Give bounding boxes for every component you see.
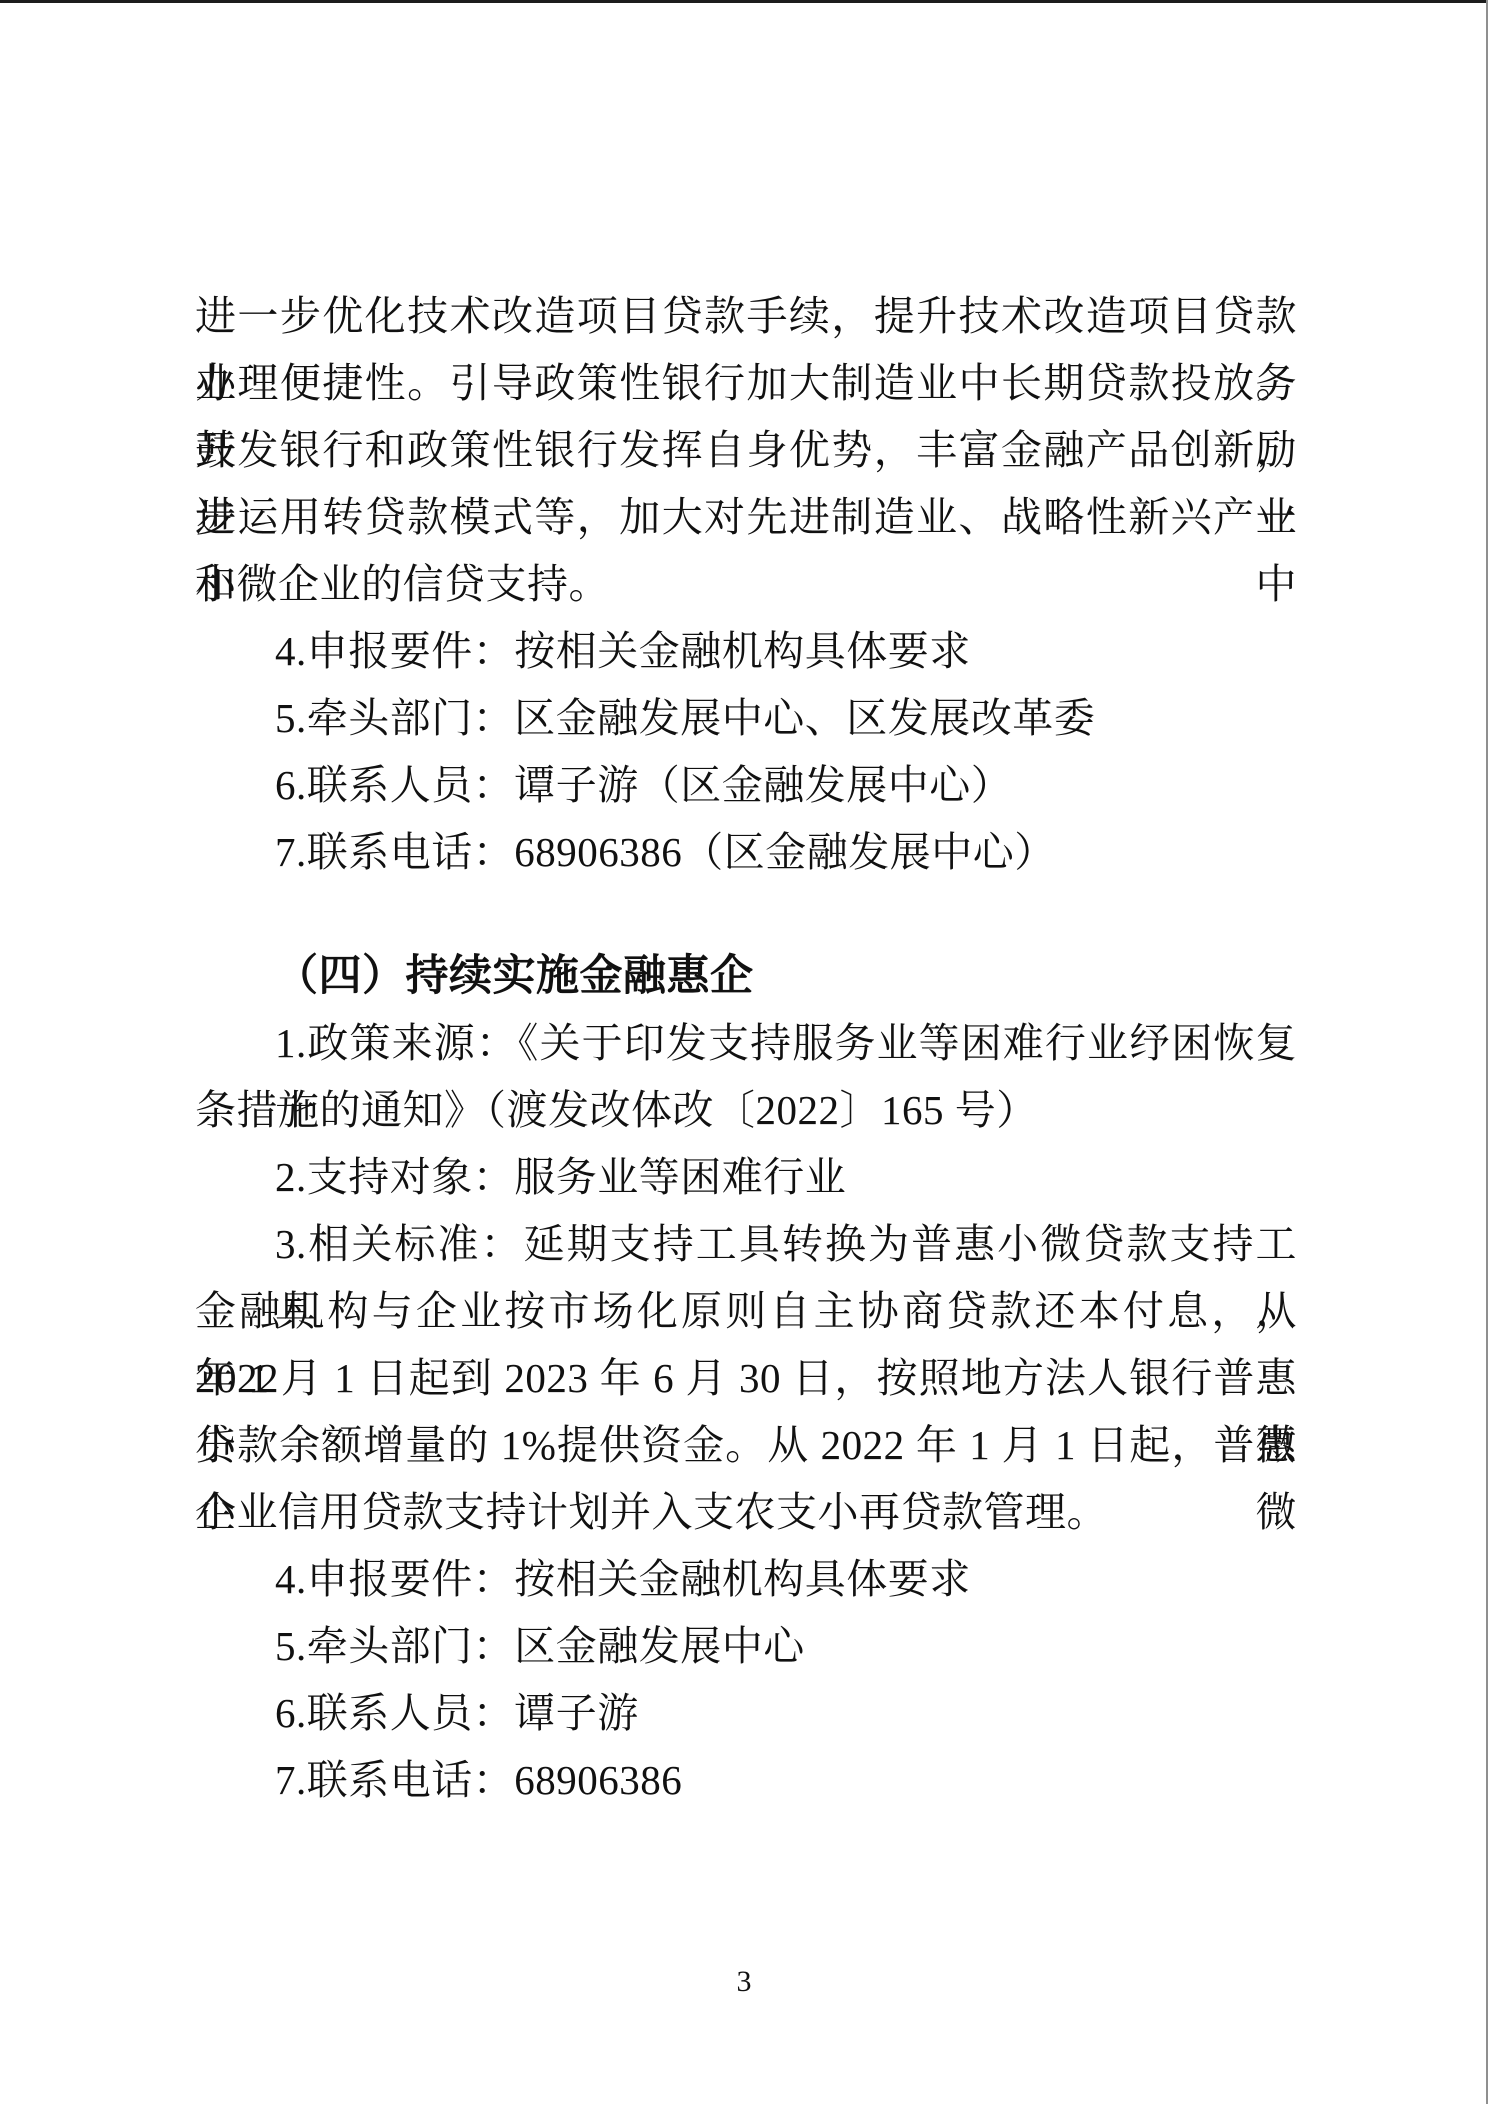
document-line: 进一步优化技术改造项目贷款手续，提升技术改造项目贷款业务 bbox=[195, 283, 1297, 350]
list-item-lead-department: 5.牵头部门：区金融发展中心 bbox=[195, 1613, 1297, 1680]
list-item-contact-person: 6.联系人员：谭子游 bbox=[195, 1680, 1297, 1747]
list-item-application-requirements: 4.申报要件：按相关金融机构具体要求 bbox=[195, 618, 1297, 685]
window-top-edge bbox=[0, 0, 1488, 3]
list-item-lead-department: 5.牵头部门：区金融发展中心、区发展改革委 bbox=[195, 685, 1297, 752]
section-heading: （四）持续实施金融惠企 bbox=[195, 943, 1297, 1010]
list-item-policy-source: 1.政策来源：《关于印发支持服务业等困难行业纾困恢复十 bbox=[195, 1010, 1297, 1077]
document-line: 条措施的通知》（渡发改体改〔2022〕165 号） bbox=[195, 1077, 1297, 1144]
page-number: 3 bbox=[0, 1960, 1488, 2004]
document-line: 办理便捷性。引导政策性银行加大制造业中长期贷款投放。鼓励 bbox=[195, 350, 1297, 417]
list-item-support-target: 2.支持对象：服务业等困难行业 bbox=[195, 1144, 1297, 1211]
list-item-contact-phone: 7.联系电话：68906386 bbox=[195, 1747, 1297, 1814]
document-line: 步运用转贷款模式等，加大对先进制造业、战略性新兴产业和中 bbox=[195, 484, 1297, 551]
document-line: 金融机构与企业按市场化原则自主协商贷款还本付息，从 2022 bbox=[195, 1278, 1297, 1345]
document-line: 开发银行和政策性银行发挥自身优势，丰富金融产品创新，进一 bbox=[195, 417, 1297, 484]
list-item-contact-person: 6.联系人员：谭子游（区金融发展中心） bbox=[195, 752, 1297, 819]
list-item-related-standards: 3.相关标准：延期支持工具转换为普惠小微贷款支持工具， bbox=[195, 1211, 1297, 1278]
document-page: 进一步优化技术改造项目贷款手续，提升技术改造项目贷款业务 办理便捷性。引导政策性… bbox=[195, 283, 1297, 1814]
list-item-application-requirements: 4.申报要件：按相关金融机构具体要求 bbox=[195, 1546, 1297, 1613]
document-line: 贷款余额增量的 1%提供资金。从 2022 年 1 月 1 日起，普惠小微 bbox=[195, 1412, 1297, 1479]
list-item-contact-phone: 7.联系电话：68906386（区金融发展中心） bbox=[195, 819, 1297, 886]
document-line: 年 1 月 1 日起到 2023 年 6 月 30 日，按照地方法人银行普惠小微 bbox=[195, 1345, 1297, 1412]
